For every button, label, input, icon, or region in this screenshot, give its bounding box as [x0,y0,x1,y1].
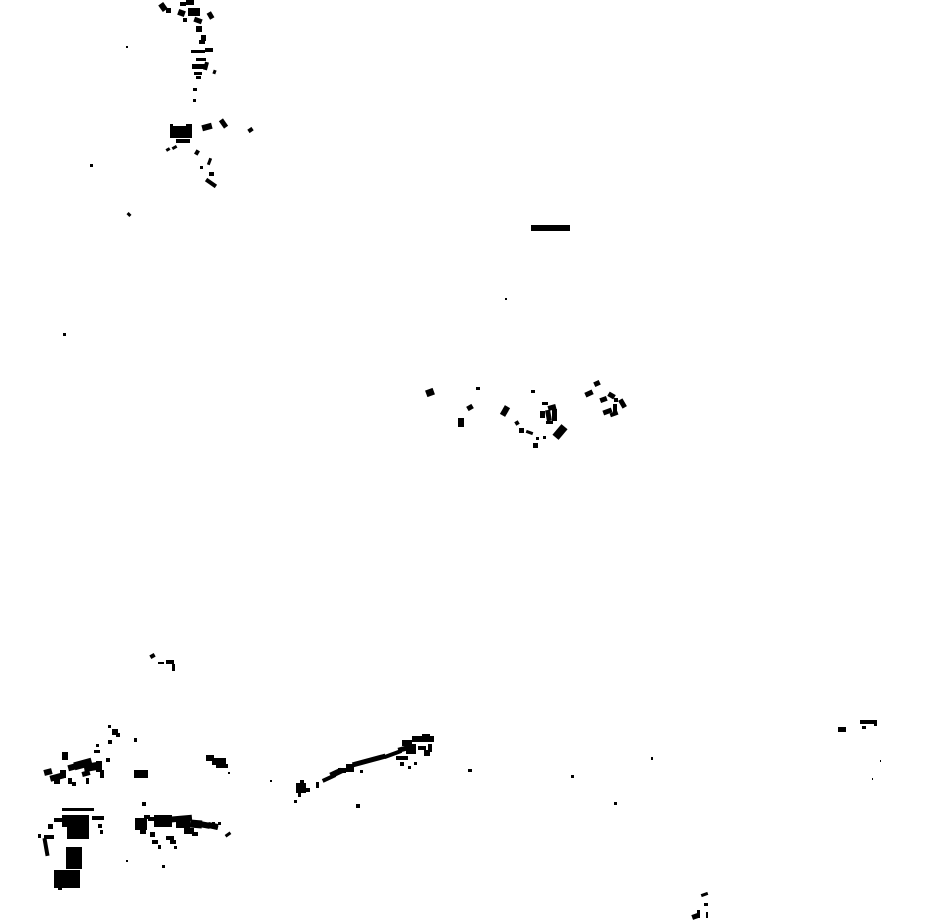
building-footprint [545,410,552,422]
building-footprint [127,212,132,217]
building-footprint [296,783,306,793]
building-footprint [208,758,211,761]
building-footprint [458,418,464,427]
building-footprint [134,770,148,778]
building-footprint [192,832,198,836]
building-footprint [207,158,212,166]
building-footprint [505,298,507,300]
building-footprint [96,744,99,747]
building-footprint [170,840,176,844]
building-footprint [196,58,206,61]
building-footprint [219,118,228,128]
building-footprint [152,840,158,844]
building-footprint [704,903,708,906]
building-footprint [196,26,202,32]
building-footprint [546,421,553,424]
building-footprint [519,428,524,433]
building-footprint [63,333,66,336]
building-footprint [536,437,539,440]
building-footprint [174,846,177,849]
building-footprint [706,912,708,918]
building-footprint [396,756,408,760]
building-footprint [531,390,535,393]
building-footprint [225,832,232,838]
south-east-settlement [468,720,881,805]
building-footprint [38,834,41,838]
building-footprint [172,664,175,671]
map-canvas[interactable] [0,0,930,924]
building-footprint [191,50,205,53]
building-footprint [300,780,304,784]
building-footprint [584,390,593,398]
building-footprint [94,750,100,753]
building-footprint [360,770,363,773]
building-footprint [209,172,214,176]
building-footprint [42,838,49,856]
building-footprint [531,225,570,231]
building-footprint [158,845,161,849]
building-footprint [228,772,230,774]
building-footprint [860,720,874,724]
building-footprint [306,788,310,792]
building-footprint [90,164,93,167]
building-footprint [92,816,104,820]
building-footprint [400,762,404,766]
building-footprint [408,766,411,769]
building-footprint [140,828,146,834]
building-footprint [158,662,164,664]
building-footprint [188,8,200,16]
building-footprint [294,800,297,803]
building-footprint [183,18,187,22]
building-footprint [205,48,213,52]
building-footprint [108,725,111,728]
building-footprint [476,387,480,390]
building-footprint [62,752,68,760]
building-footprint [422,734,430,738]
building-footprint [618,398,627,408]
building-footprint [552,409,557,421]
building-footprint [186,0,194,5]
building-footprint [66,847,82,869]
building-footprint [60,770,66,778]
building-footprint [270,780,272,782]
building-footprint [193,88,197,91]
building-footprint [150,832,155,837]
building-footprint [48,824,53,829]
building-footprint [614,802,617,805]
building-footprint [542,402,548,405]
building-footprint [212,758,226,765]
building-footprint [177,9,186,17]
building-footprint [466,404,474,411]
building-footprint-map[interactable] [0,0,930,924]
building-footprint [170,124,173,138]
building-footprint [862,726,866,729]
building-footprint [356,804,360,808]
building-footprint [193,17,202,24]
building-footprint [414,762,417,765]
building-footprint [116,733,120,737]
building-footprint [212,822,215,825]
building-footprint [142,802,146,806]
building-footprint [701,892,709,897]
south-central-ribbon [270,734,434,808]
building-footprint [540,411,545,418]
building-footprint [166,660,174,664]
building-footprint [67,815,89,839]
building-footprint [134,738,137,742]
building-footprint [43,768,52,776]
building-footprint [651,757,653,760]
building-footprint [193,99,196,102]
building-footprint [298,792,301,797]
building-footprint [86,778,89,784]
building-footprint [543,436,546,439]
building-footprint [72,782,76,786]
building-footprint [149,653,155,659]
central-settlement [63,225,627,448]
building-footprint [697,910,700,918]
building-footprint [148,817,154,821]
building-footprint [166,8,171,13]
building-footprint [552,424,567,440]
building-footprint [186,124,192,128]
building-footprint [425,388,435,397]
building-footprint [571,775,574,778]
building-footprint [196,76,201,79]
building-footprint [500,405,510,417]
building-footprint [338,768,346,773]
building-footprint [428,744,432,752]
building-footprint [874,720,877,726]
building-footprint [194,72,202,75]
building-footprint [593,380,601,387]
building-footprint [406,744,416,754]
building-footprint [176,818,190,828]
building-footprint [68,778,72,784]
building-footprint [599,396,607,403]
north-west-settlement [90,0,254,217]
building-footprint [162,865,165,868]
building-footprint [838,727,846,732]
building-footprint [108,740,112,744]
building-footprint [200,166,203,169]
building-footprint [880,760,881,762]
building-footprint [216,764,228,768]
building-footprint [54,870,80,888]
building-footprint [106,758,110,762]
building-footprint [212,70,216,75]
building-footprint [100,770,104,778]
building-footprint [418,746,426,750]
building-footprint [205,178,217,188]
building-footprint [126,46,128,48]
building-footprint [514,420,519,425]
building-footprint [872,778,873,780]
building-footprint [352,754,386,768]
building-footprint [207,11,215,20]
building-footprint [100,830,103,834]
building-footprint [247,127,253,133]
building-footprint [194,149,200,155]
building-footprint [468,769,472,772]
building-footprint [126,860,128,862]
building-footprint [316,782,319,788]
building-footprint [54,778,60,784]
building-footprint [176,139,190,143]
building-footprint [199,40,205,44]
building-footprint [166,836,174,840]
building-footprint [201,123,212,131]
south-west-settlement [38,653,231,890]
building-footprint [533,443,538,448]
building-footprint [62,808,94,811]
building-footprint [526,430,534,435]
building-footprint [58,887,62,890]
building-footprint [180,2,186,6]
building-footprint [172,145,178,150]
building-footprint [81,770,90,777]
building-footprint [98,824,102,828]
building-footprint [218,822,221,825]
building-footprint [166,147,171,152]
building-footprint [614,398,618,402]
far-south-east-settlement [691,892,708,920]
